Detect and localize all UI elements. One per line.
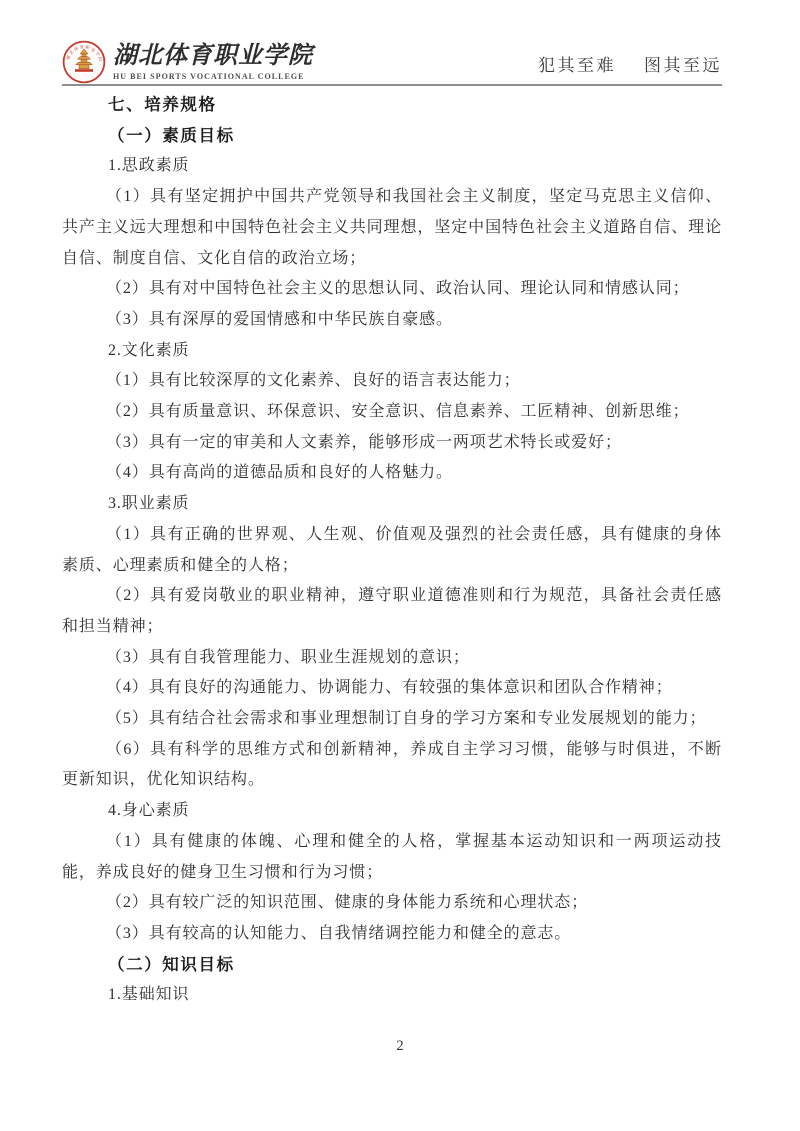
list-item-heading: 3.职业素质: [62, 489, 722, 520]
paragraph: （3）具有自我管理能力、职业生涯规划的意识；: [62, 643, 722, 674]
motto-right: 图其至远: [644, 51, 722, 76]
college-name-block: 湖北体育职业学院 HU BEI SPORTS VOCATIONAL COLLEG…: [113, 38, 313, 81]
list-item-heading: 1.思政素质: [62, 151, 722, 182]
paragraph: （4）具有良好的沟通能力、协调能力、有较强的集体意识和团队合作精神；: [62, 673, 722, 704]
paragraph: （2）具有质量意识、环保意识、安全意识、信息素养、工匠精神、创新思维；: [62, 397, 722, 428]
paragraph: （3）具有一定的审美和人文素养，能够形成一两项艺术特长或爱好；: [62, 428, 722, 459]
list-item-heading: 1.基础知识: [62, 980, 722, 1011]
paragraph: （1）具有比较深厚的文化素养、良好的语言表达能力；: [62, 366, 722, 397]
header-divider: [62, 84, 722, 86]
college-motto: 犯其至难 图其至远: [538, 51, 722, 84]
paragraph: （2）具有对中国特色社会主义的思想认同、政治认同、理论认同和情感认同；: [62, 274, 722, 305]
college-name-zh: 湖北体育职业学院: [113, 43, 313, 69]
paragraph: （1）具有健康的体魄、心理和健全的人格，掌握基本运动知识和一两项运动技能，养成良…: [62, 827, 722, 888]
subsection-heading: （二）知识目标: [62, 950, 722, 981]
page-header: 湖北体育职业学院 湖北体育职业学院 HU BEI SPORTS VOCATION…: [62, 30, 722, 84]
paragraph: （4）具有高尚的道德品质和良好的人格魅力。: [62, 458, 722, 489]
paragraph: （1）具有正确的世界观、人生观、价值观及强烈的社会责任感，具有健康的身体素质、心…: [62, 520, 722, 581]
college-brand: 湖北体育职业学院 湖北体育职业学院 HU BEI SPORTS VOCATION…: [62, 38, 313, 84]
motto-left: 犯其至难: [538, 51, 616, 76]
document-page: 湖北体育职业学院 湖北体育职业学院 HU BEI SPORTS VOCATION…: [0, 0, 800, 1131]
paragraph: （5）具有结合社会需求和事业理想制订自身的学习方案和专业发展规划的能力；: [62, 704, 722, 735]
paragraph: （2）具有较广泛的知识范围、健康的身体能力系统和心理状态；: [62, 888, 722, 919]
paragraph: （3）具有深厚的爱国情感和中华民族自豪感。: [62, 305, 722, 336]
list-item-heading: 4.身心素质: [62, 796, 722, 827]
document-body: 七、培养规格 （一）素质目标 1.思政素质 （1）具有坚定拥护中国共产党领导和我…: [62, 90, 722, 1011]
paragraph: （6）具有科学的思维方式和创新精神，养成自主学习习惯，能够与时俱进，不断更新知识…: [62, 735, 722, 796]
college-name-en: HU BEI SPORTS VOCATIONAL COLLEGE: [113, 72, 313, 81]
college-seal-icon: 湖北体育职业学院: [62, 40, 106, 84]
page-number: 2: [0, 1038, 800, 1055]
paragraph: （3）具有较高的认知能力、自我情绪调控能力和健全的意志。: [62, 919, 722, 950]
list-item-heading: 2.文化素质: [62, 336, 722, 367]
subsection-heading: （一）素质目标: [62, 121, 722, 152]
section-heading: 七、培养规格: [62, 90, 722, 121]
paragraph: （2）具有爱岗敬业的职业精神，遵守职业道德准则和行为规范，具备社会责任感和担当精…: [62, 581, 722, 642]
paragraph: （1）具有坚定拥护中国共产党领导和我国社会主义制度，坚定马克思主义信仰、共产主义…: [62, 182, 722, 274]
